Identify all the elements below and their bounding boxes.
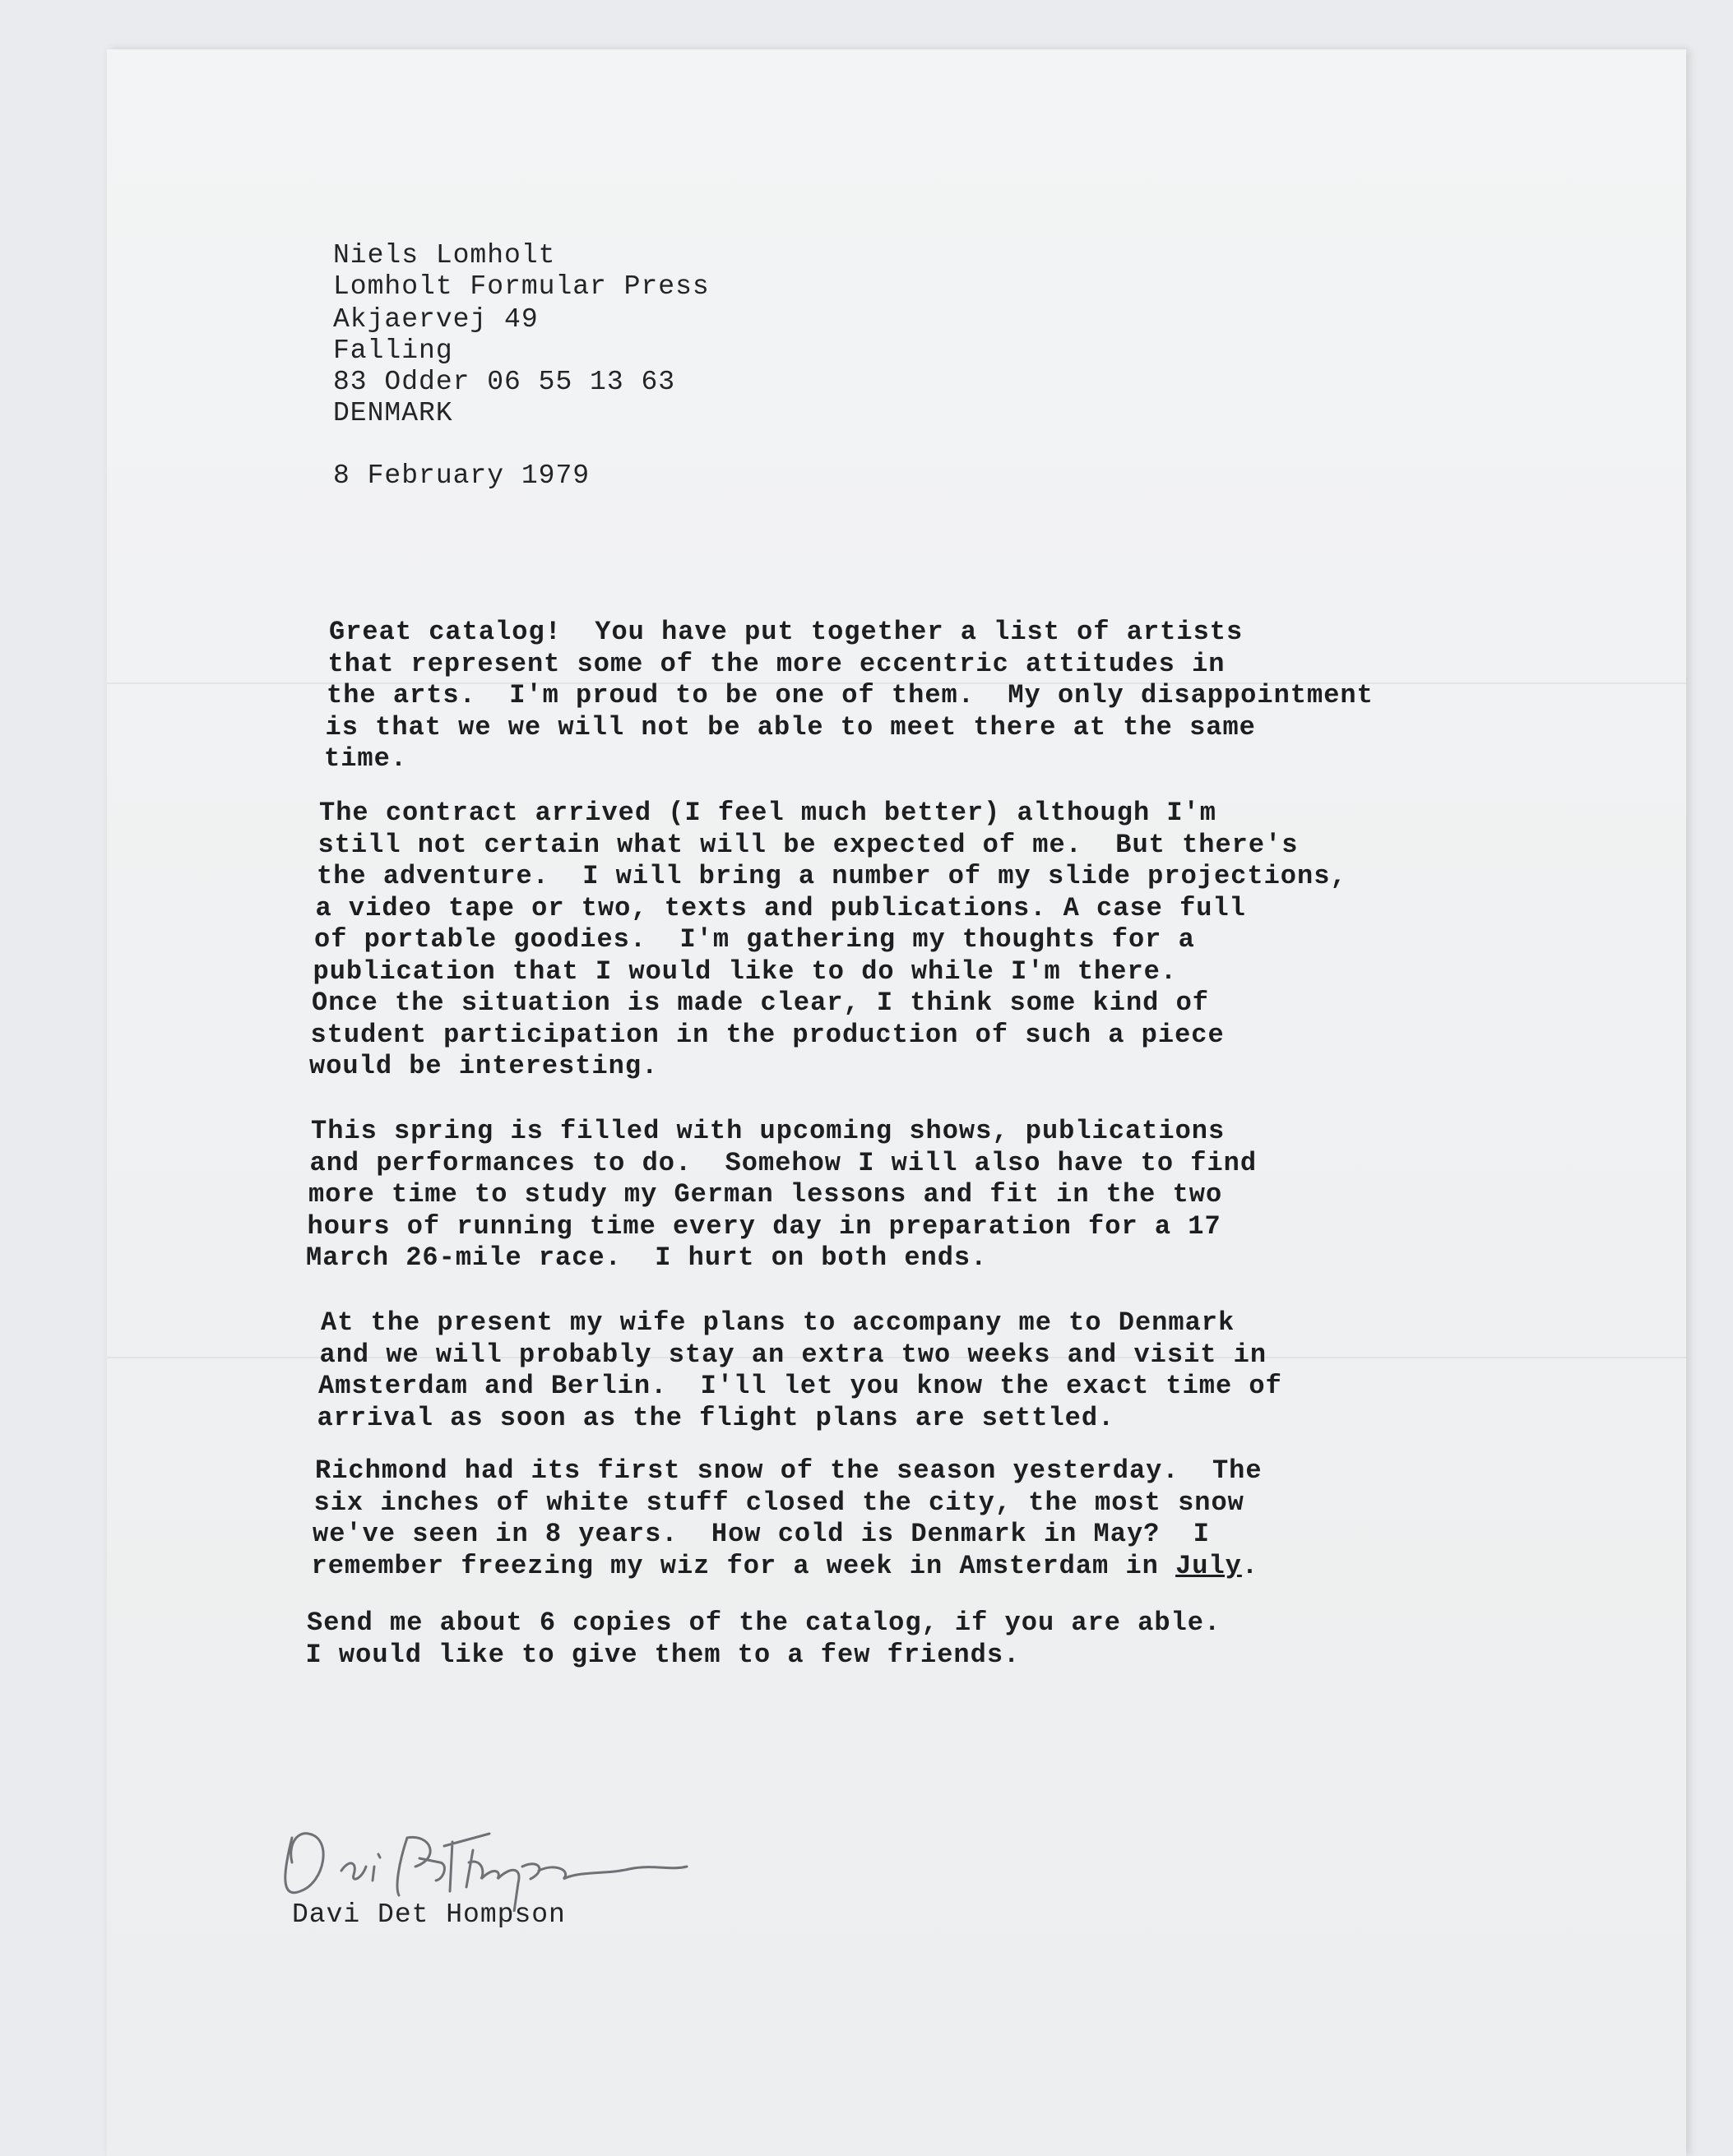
body-line: Amsterdam and Berlin. I'll let you know … [318, 1371, 1282, 1401]
body-line: publication that I would like to do whil… [313, 956, 1178, 987]
typed-signature-name: Davi Det Hompson [292, 1899, 566, 1930]
body-line: At the present my wife plans to accompan… [321, 1307, 1235, 1338]
body-line: Once the situation is made clear, I thin… [312, 988, 1209, 1018]
body-line: the arts. I'm proud to be one of them. M… [327, 680, 1374, 710]
body-line: time. [324, 743, 407, 774]
body-line: I would like to give them to a few frien… [306, 1640, 1021, 1670]
body-line: hours of running time every day in prepa… [308, 1211, 1221, 1242]
body-line: The contract arrived (I feel much better… [319, 798, 1216, 828]
body-line: six inches of white stuff closed the cit… [314, 1487, 1244, 1518]
body-line: more time to study my German lessons and… [308, 1179, 1222, 1210]
body-line: of portable goodies. I'm gathering my th… [314, 924, 1195, 955]
body-line: and performances to do. Somehow I will a… [310, 1148, 1258, 1178]
body-line: arrival as soon as the flight plans are … [317, 1403, 1115, 1433]
body-line: a video tape or two, texts and publicati… [316, 893, 1246, 923]
body-line: that represent some of the more eccentri… [328, 649, 1226, 679]
recipient-company: Lomholt Formular Press [333, 271, 710, 302]
recipient-name: Niels Lomholt [333, 240, 555, 271]
handwritten-signature [276, 1821, 769, 1912]
body-line: Send me about 6 copies of the catalog, i… [307, 1608, 1221, 1638]
body-line: is that we we will not be able to meet t… [326, 712, 1256, 743]
recipient-postal-phone: 83 Odder 06 55 13 63 [333, 367, 675, 397]
body-line: still not certain what will be expected … [318, 830, 1299, 860]
recipient-street: Akjaervej 49 [333, 304, 539, 335]
body-line: and we will probably stay an extra two w… [320, 1339, 1267, 1370]
recipient-country: DENMARK [333, 398, 453, 428]
letter-date: 8 February 1979 [333, 460, 590, 491]
body-line: remember freezing my wiz for a week in A… [312, 1551, 1259, 1581]
body-line: we've seen in 8 years. How cold is Denma… [313, 1519, 1210, 1549]
body-line: March 26-mile race. I hurt on both ends. [306, 1242, 987, 1273]
body-line: student participation in the production … [311, 1020, 1225, 1050]
body-line: would be interesting. [309, 1051, 658, 1081]
body-line: Richmond had its first snow of the seaso… [315, 1455, 1263, 1486]
underlined-word: July [1175, 1551, 1242, 1581]
body-line: Great catalog! You have put together a l… [329, 617, 1243, 647]
body-line: This spring is filled with upcoming show… [311, 1116, 1225, 1146]
recipient-town: Falling [333, 335, 453, 366]
body-line: the adventure. I will bring a number of … [317, 861, 1347, 891]
